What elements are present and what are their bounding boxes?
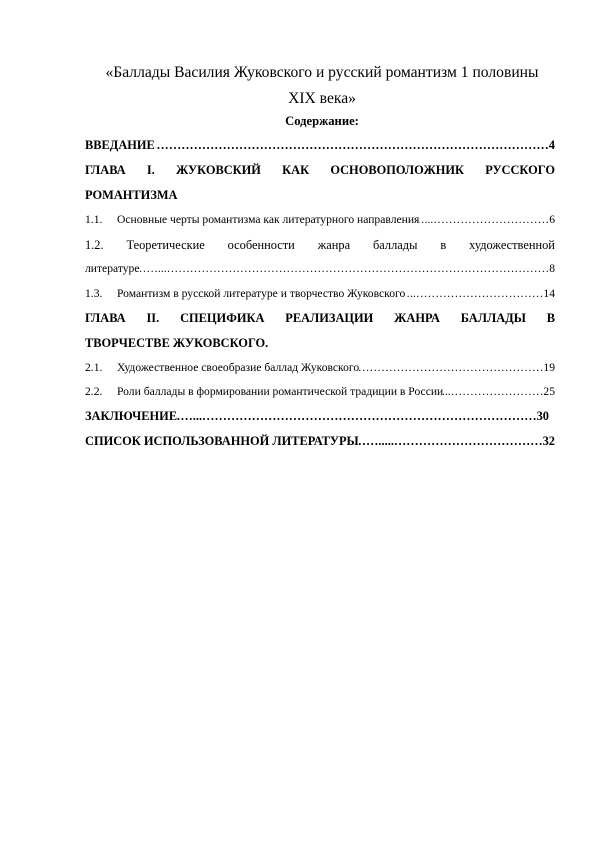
document-title-line-1: «Баллады Василия Жуковского и русский ро… xyxy=(84,60,560,86)
toc-entry-chapter-2-line-1[interactable]: ГЛАВА II. СПЕЦИФИКА РЕАЛИЗАЦИИ ЖАНРА БАЛ… xyxy=(85,308,555,328)
toc-entry-label: Романтизм в русской литературе и творчес… xyxy=(117,287,405,300)
toc-word: II. xyxy=(146,308,159,328)
toc-page-number: 4 xyxy=(549,135,555,155)
toc-section-number: 1.3. xyxy=(85,284,117,304)
toc-entry-section-1-2-line-2[interactable]: литературе ……………………………………………………………………………… xyxy=(85,259,555,279)
toc-section-number: 1.1. xyxy=(85,210,117,230)
toc-leader-dots: ………………………………………….. xyxy=(359,358,543,378)
toc-entry-section-1-1[interactable]: 1.1.Основные черты романтизма как литера… xyxy=(85,210,555,230)
toc-page-number: 14 xyxy=(543,284,555,304)
toc-entry-label: литературе xyxy=(85,259,140,279)
toc-page-number: 30 xyxy=(537,406,549,426)
toc-entry-label: ВВЕДАНИЕ xyxy=(85,135,155,155)
toc-leader-dots: ……………………………………………………………………………………. xyxy=(155,135,549,155)
toc-page-number: 25 xyxy=(543,382,555,402)
toc-entry-label: ЗАКЛЮЧЕНИЕ xyxy=(85,406,177,426)
toc-word: художественной xyxy=(469,235,555,255)
toc-leader-dots: ……………………………….....……. xyxy=(359,431,543,451)
document-page: «Баллады Василия Жуковского и русский ро… xyxy=(0,0,596,842)
toc-entry-text: 1.3.Романтизм в русской литературе и тво… xyxy=(85,284,405,304)
toc-page-number: 6 xyxy=(549,210,555,230)
toc-entry-chapter-1-line-2[interactable]: РОМАНТИЗМА xyxy=(85,185,555,205)
toc-page-number: 32 xyxy=(543,431,555,451)
toc-word: I. xyxy=(147,160,155,180)
toc-word: ЖАНРА xyxy=(394,308,440,328)
toc-section-number: 2.1. xyxy=(85,358,117,378)
toc-page-number: 8 xyxy=(549,259,555,279)
toc-leader-dots: ……………………………..…. xyxy=(405,284,543,304)
toc-entry-text: 2.2.Роли баллады в формировании романтич… xyxy=(85,382,443,402)
toc-word: БАЛЛАДЫ xyxy=(461,308,526,328)
toc-heading: Содержание: xyxy=(84,111,560,131)
toc-section-number: 2.2. xyxy=(85,382,117,402)
toc-leader-dots: …………………….... xyxy=(443,382,543,402)
toc-leader-dots: ………………………………………………………………………………………...……. xyxy=(140,259,550,279)
toc-entry-section-2-2[interactable]: 2.2.Роли баллады в формировании романтич… xyxy=(85,382,555,402)
toc-word: жанра xyxy=(318,235,350,255)
toc-word: В xyxy=(547,308,555,328)
toc-section-number: 1.2. xyxy=(85,235,104,255)
document-title-line-2: XIX века» xyxy=(84,86,560,112)
toc-leader-dots: ………………………………………………………………………...…… xyxy=(177,406,537,426)
toc-word: РУССКОГО xyxy=(485,160,555,180)
toc-word: Теоретические xyxy=(127,235,205,255)
toc-entry-text: 2.1.Художественное своеобразие баллад Жу… xyxy=(85,358,359,378)
toc-entry-label: Основные черты романтизма как литературн… xyxy=(117,213,419,226)
toc-entry-text: 1.1.Основные черты романтизма как литера… xyxy=(85,210,419,230)
toc-entry-bibliography[interactable]: СПИСОК ИСПОЛЬЗОВАННОЙ ЛИТЕРАТУРЫ …………………… xyxy=(85,431,555,451)
toc-entry-label: СПИСОК ИСПОЛЬЗОВАННОЙ ЛИТЕРАТУРЫ xyxy=(85,431,359,451)
toc-word: ЖУКОВСКИЙ xyxy=(176,160,261,180)
toc-entry-label: Роли баллады в формировании романтическо… xyxy=(117,385,443,398)
toc-word: особенности xyxy=(228,235,295,255)
toc-entry-section-1-2-line-1[interactable]: 1.2. Теоретические особенности жанра бал… xyxy=(85,235,555,255)
toc-entry-conclusion[interactable]: ЗАКЛЮЧЕНИЕ ………………………………………………………………………..… xyxy=(85,406,555,426)
toc-entry-chapter-2-line-2[interactable]: ТВОРЧЕСТВЕ ЖУКОВСКОГО. xyxy=(85,333,555,353)
toc-entry-section-1-3[interactable]: 1.3.Романтизм в русской литературе и тво… xyxy=(85,284,555,304)
toc-word: РЕАЛИЗАЦИИ xyxy=(285,308,373,328)
toc-word: ОСНОВОПОЛОЖНИК xyxy=(330,160,464,180)
toc-word: баллады xyxy=(373,235,417,255)
toc-word: ГЛАВА xyxy=(85,160,126,180)
toc-page-number: 19 xyxy=(543,358,555,378)
toc-entry-chapter-1-line-1[interactable]: ГЛАВА I. ЖУКОВСКИЙ КАК ОСНОВОПОЛОЖНИК РУ… xyxy=(85,160,555,180)
toc-entry-introduction[interactable]: ВВЕДАНИЕ …………………………………………………………………………………… xyxy=(85,135,555,155)
toc-entry-label: Художественное своеобразие баллад Жуковс… xyxy=(117,361,359,374)
toc-leader-dots: …………………………...….. xyxy=(419,210,549,230)
toc-word: ГЛАВА xyxy=(85,308,126,328)
toc-word: КАК xyxy=(282,160,309,180)
toc-entry-section-2-1[interactable]: 2.1.Художественное своеобразие баллад Жу… xyxy=(85,358,555,378)
toc-word: СПЕЦИФИКА xyxy=(180,308,264,328)
toc-word: в xyxy=(440,235,446,255)
